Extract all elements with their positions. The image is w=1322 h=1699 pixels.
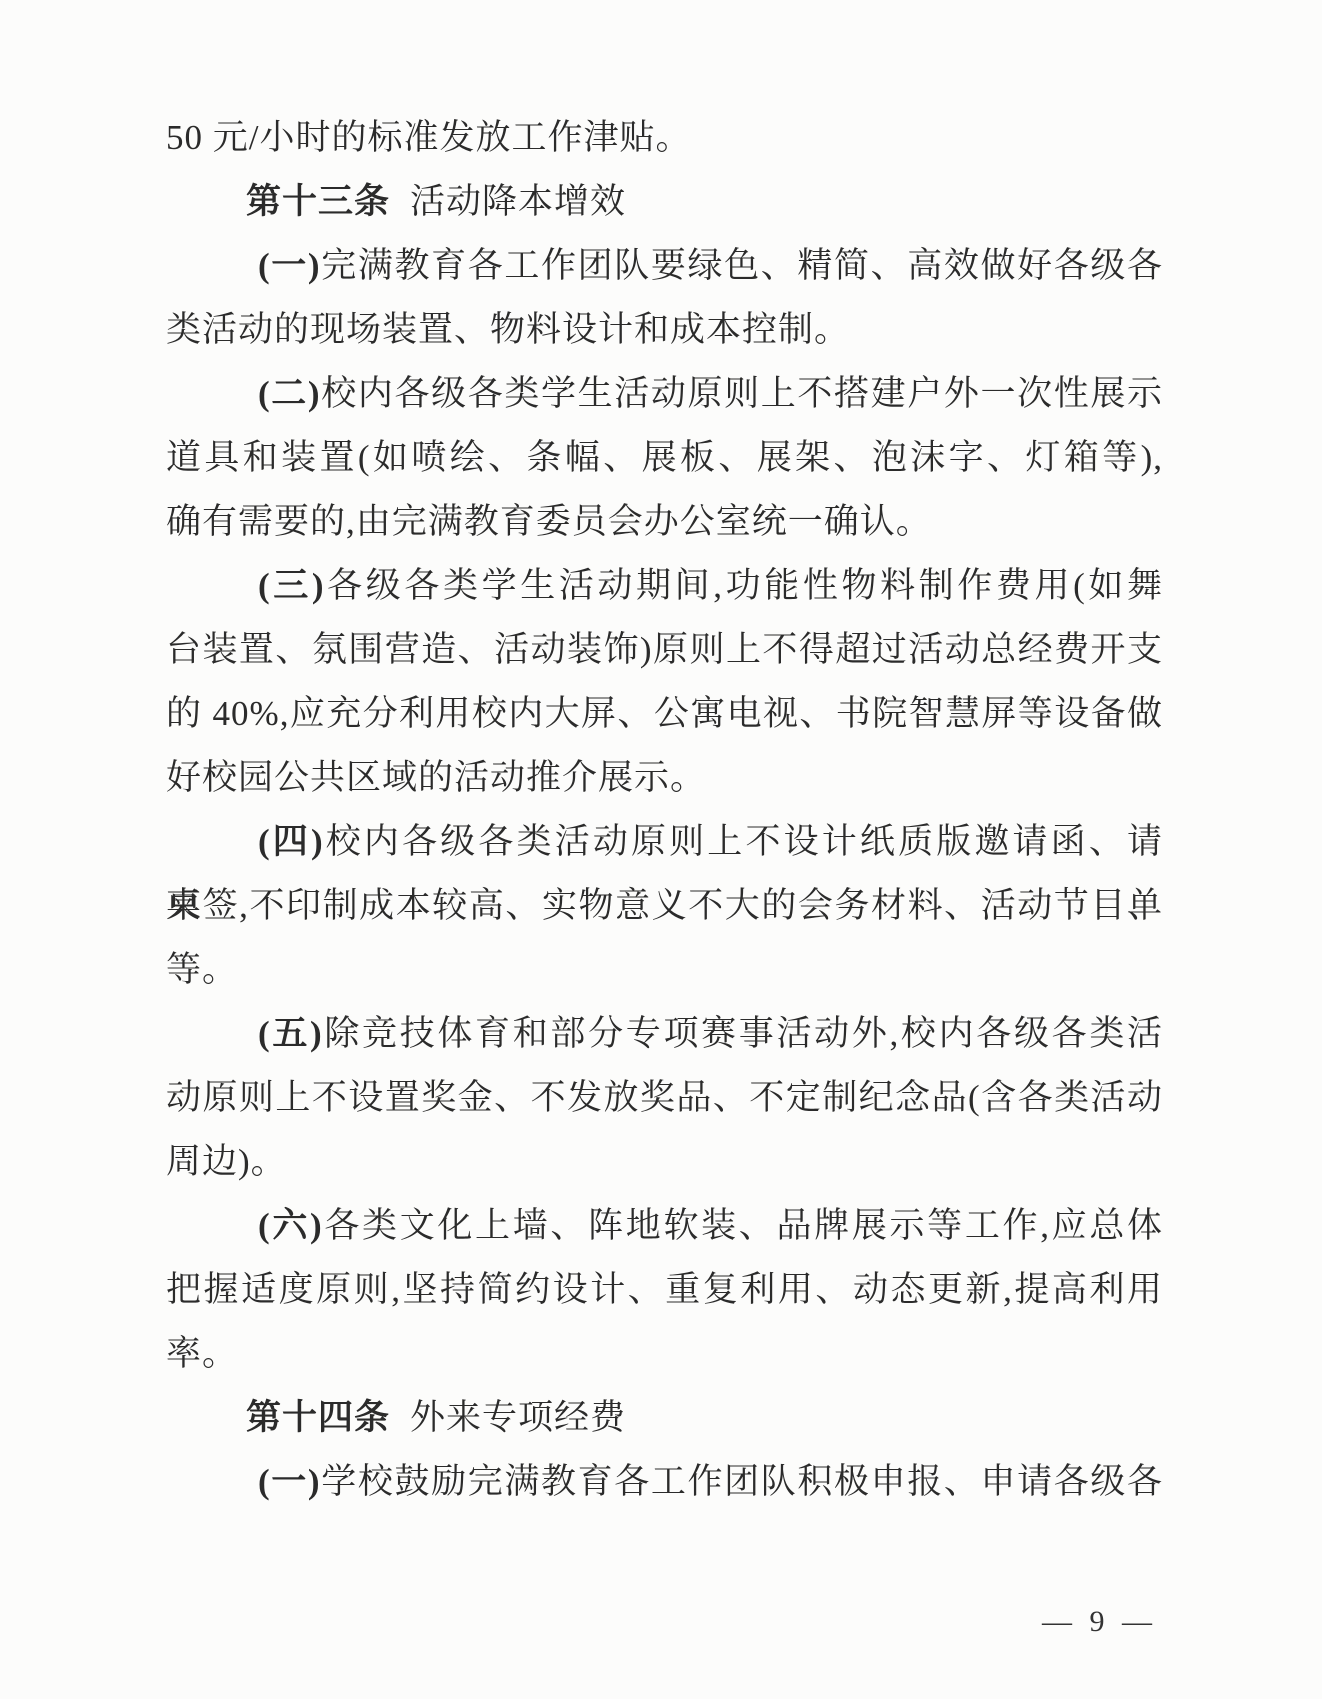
line-marker: (三) xyxy=(258,566,325,605)
line-marker: (二) xyxy=(258,374,321,413)
line-text: 校内各级各类学生活动原则上不搭建户外一次性展示 xyxy=(321,374,1163,413)
document-page: 50 元/小时的标准发放工作津贴。第十三条活动降本增效(一)完满教育各工作团队要… xyxy=(0,0,1322,1699)
document-line: 等。 xyxy=(166,938,1163,1002)
document-line: 动原则上不设置奖金、不发放奖品、不定制纪念品(含各类活动 xyxy=(166,1066,1163,1130)
line-text: 50 元/小时的标准发放工作津贴。 xyxy=(166,118,691,157)
line-text: 好校园公共区域的活动推介展示。 xyxy=(166,758,706,797)
line-text: 率。 xyxy=(166,1334,238,1373)
document-line: (一)学校鼓励完满教育各工作团队积极申报、申请各级各 xyxy=(166,1450,1163,1514)
line-text: 道具和装置(如喷绘、条幅、展板、展架、泡沫字、灯箱等), xyxy=(166,438,1163,477)
line-text: 活动降本增效 xyxy=(410,182,626,221)
line-text: 完满教育各工作团队要绿色、精简、高效做好各级各 xyxy=(321,246,1163,285)
line-text: 外来专项经费 xyxy=(410,1398,626,1437)
document-line: 把握适度原则,坚持简约设计、重复利用、动态更新,提高利用 xyxy=(166,1258,1163,1322)
document-line: (三)各级各类学生活动期间,功能性物料制作费用(如舞 xyxy=(166,554,1163,618)
document-line: 台装置、氛围营造、活动装饰)原则上不得超过活动总经费开支 xyxy=(166,618,1163,682)
document-line: 道具和装置(如喷绘、条幅、展板、展架、泡沫字、灯箱等), xyxy=(166,426,1163,490)
line-text: 把握适度原则,坚持简约设计、重复利用、动态更新,提高利用 xyxy=(166,1270,1163,1309)
document-line: (四)校内各级各类活动原则上不设计纸质版邀请函、请柬、 xyxy=(166,810,1163,874)
document-line: 周边)。 xyxy=(166,1130,1163,1194)
document-line: 桌签,不印制成本较高、实物意义不大的会务材料、活动节目单 xyxy=(166,874,1163,938)
line-marker: (一) xyxy=(258,246,321,285)
line-text: 动原则上不设置奖金、不发放奖品、不定制纪念品(含各类活动 xyxy=(166,1078,1163,1117)
line-text: 学校鼓励完满教育各工作团队积极申报、申请各级各 xyxy=(321,1462,1163,1501)
document-line: (六)各类文化上墙、阵地软装、品牌展示等工作,应总体 xyxy=(166,1194,1163,1258)
line-marker: (五) xyxy=(258,1014,323,1053)
line-marker: (四) xyxy=(258,822,324,861)
line-marker: 第十四条 xyxy=(246,1398,390,1437)
document-line: (二)校内各级各类学生活动原则上不搭建户外一次性展示 xyxy=(166,362,1163,426)
line-text: 等。 xyxy=(166,950,238,989)
document-line: 类活动的现场装置、物料设计和成本控制。 xyxy=(166,298,1163,362)
article-heading-line: 第十三条活动降本增效 xyxy=(166,170,1163,234)
document-line: 率。 xyxy=(166,1322,1163,1386)
line-marker: 第十三条 xyxy=(246,182,390,221)
line-text: 类活动的现场装置、物料设计和成本控制。 xyxy=(166,310,850,349)
line-text: 各类文化上墙、阵地软装、品牌展示等工作,应总体 xyxy=(323,1206,1163,1245)
line-text: 确有需要的,由完满教育委员会办公室统一确认。 xyxy=(166,502,932,541)
line-text: 各级各类学生活动期间,功能性物料制作费用(如舞 xyxy=(325,566,1163,605)
document-line: 确有需要的,由完满教育委员会办公室统一确认。 xyxy=(166,490,1163,554)
article-heading-line: 第十四条外来专项经费 xyxy=(166,1386,1163,1450)
document-line: 的 40%,应充分利用校内大屏、公寓电视、书院智慧屏等设备做 xyxy=(166,682,1163,746)
document-line: (五)除竞技体育和部分专项赛事活动外,校内各级各类活 xyxy=(166,1002,1163,1066)
line-text: 周边)。 xyxy=(166,1142,287,1181)
line-marker: (一) xyxy=(258,1462,321,1501)
document-line: (一)完满教育各工作团队要绿色、精简、高效做好各级各 xyxy=(166,234,1163,298)
line-text: 桌签,不印制成本较高、实物意义不大的会务材料、活动节目单 xyxy=(166,886,1163,925)
line-text: 除竞技体育和部分专项赛事活动外,校内各级各类活 xyxy=(323,1014,1163,1053)
document-line: 50 元/小时的标准发放工作津贴。 xyxy=(166,106,1163,170)
line-text: 的 40%,应充分利用校内大屏、公寓电视、书院智慧屏等设备做 xyxy=(166,694,1163,733)
line-marker: (六) xyxy=(258,1206,323,1245)
document-line: 好校园公共区域的活动推介展示。 xyxy=(166,746,1163,810)
line-text: 台装置、氛围营造、活动装饰)原则上不得超过活动总经费开支 xyxy=(166,630,1163,669)
page-number: — 9 — xyxy=(1042,1602,1157,1642)
document-body: 50 元/小时的标准发放工作津贴。第十三条活动降本增效(一)完满教育各工作团队要… xyxy=(166,106,1163,1514)
